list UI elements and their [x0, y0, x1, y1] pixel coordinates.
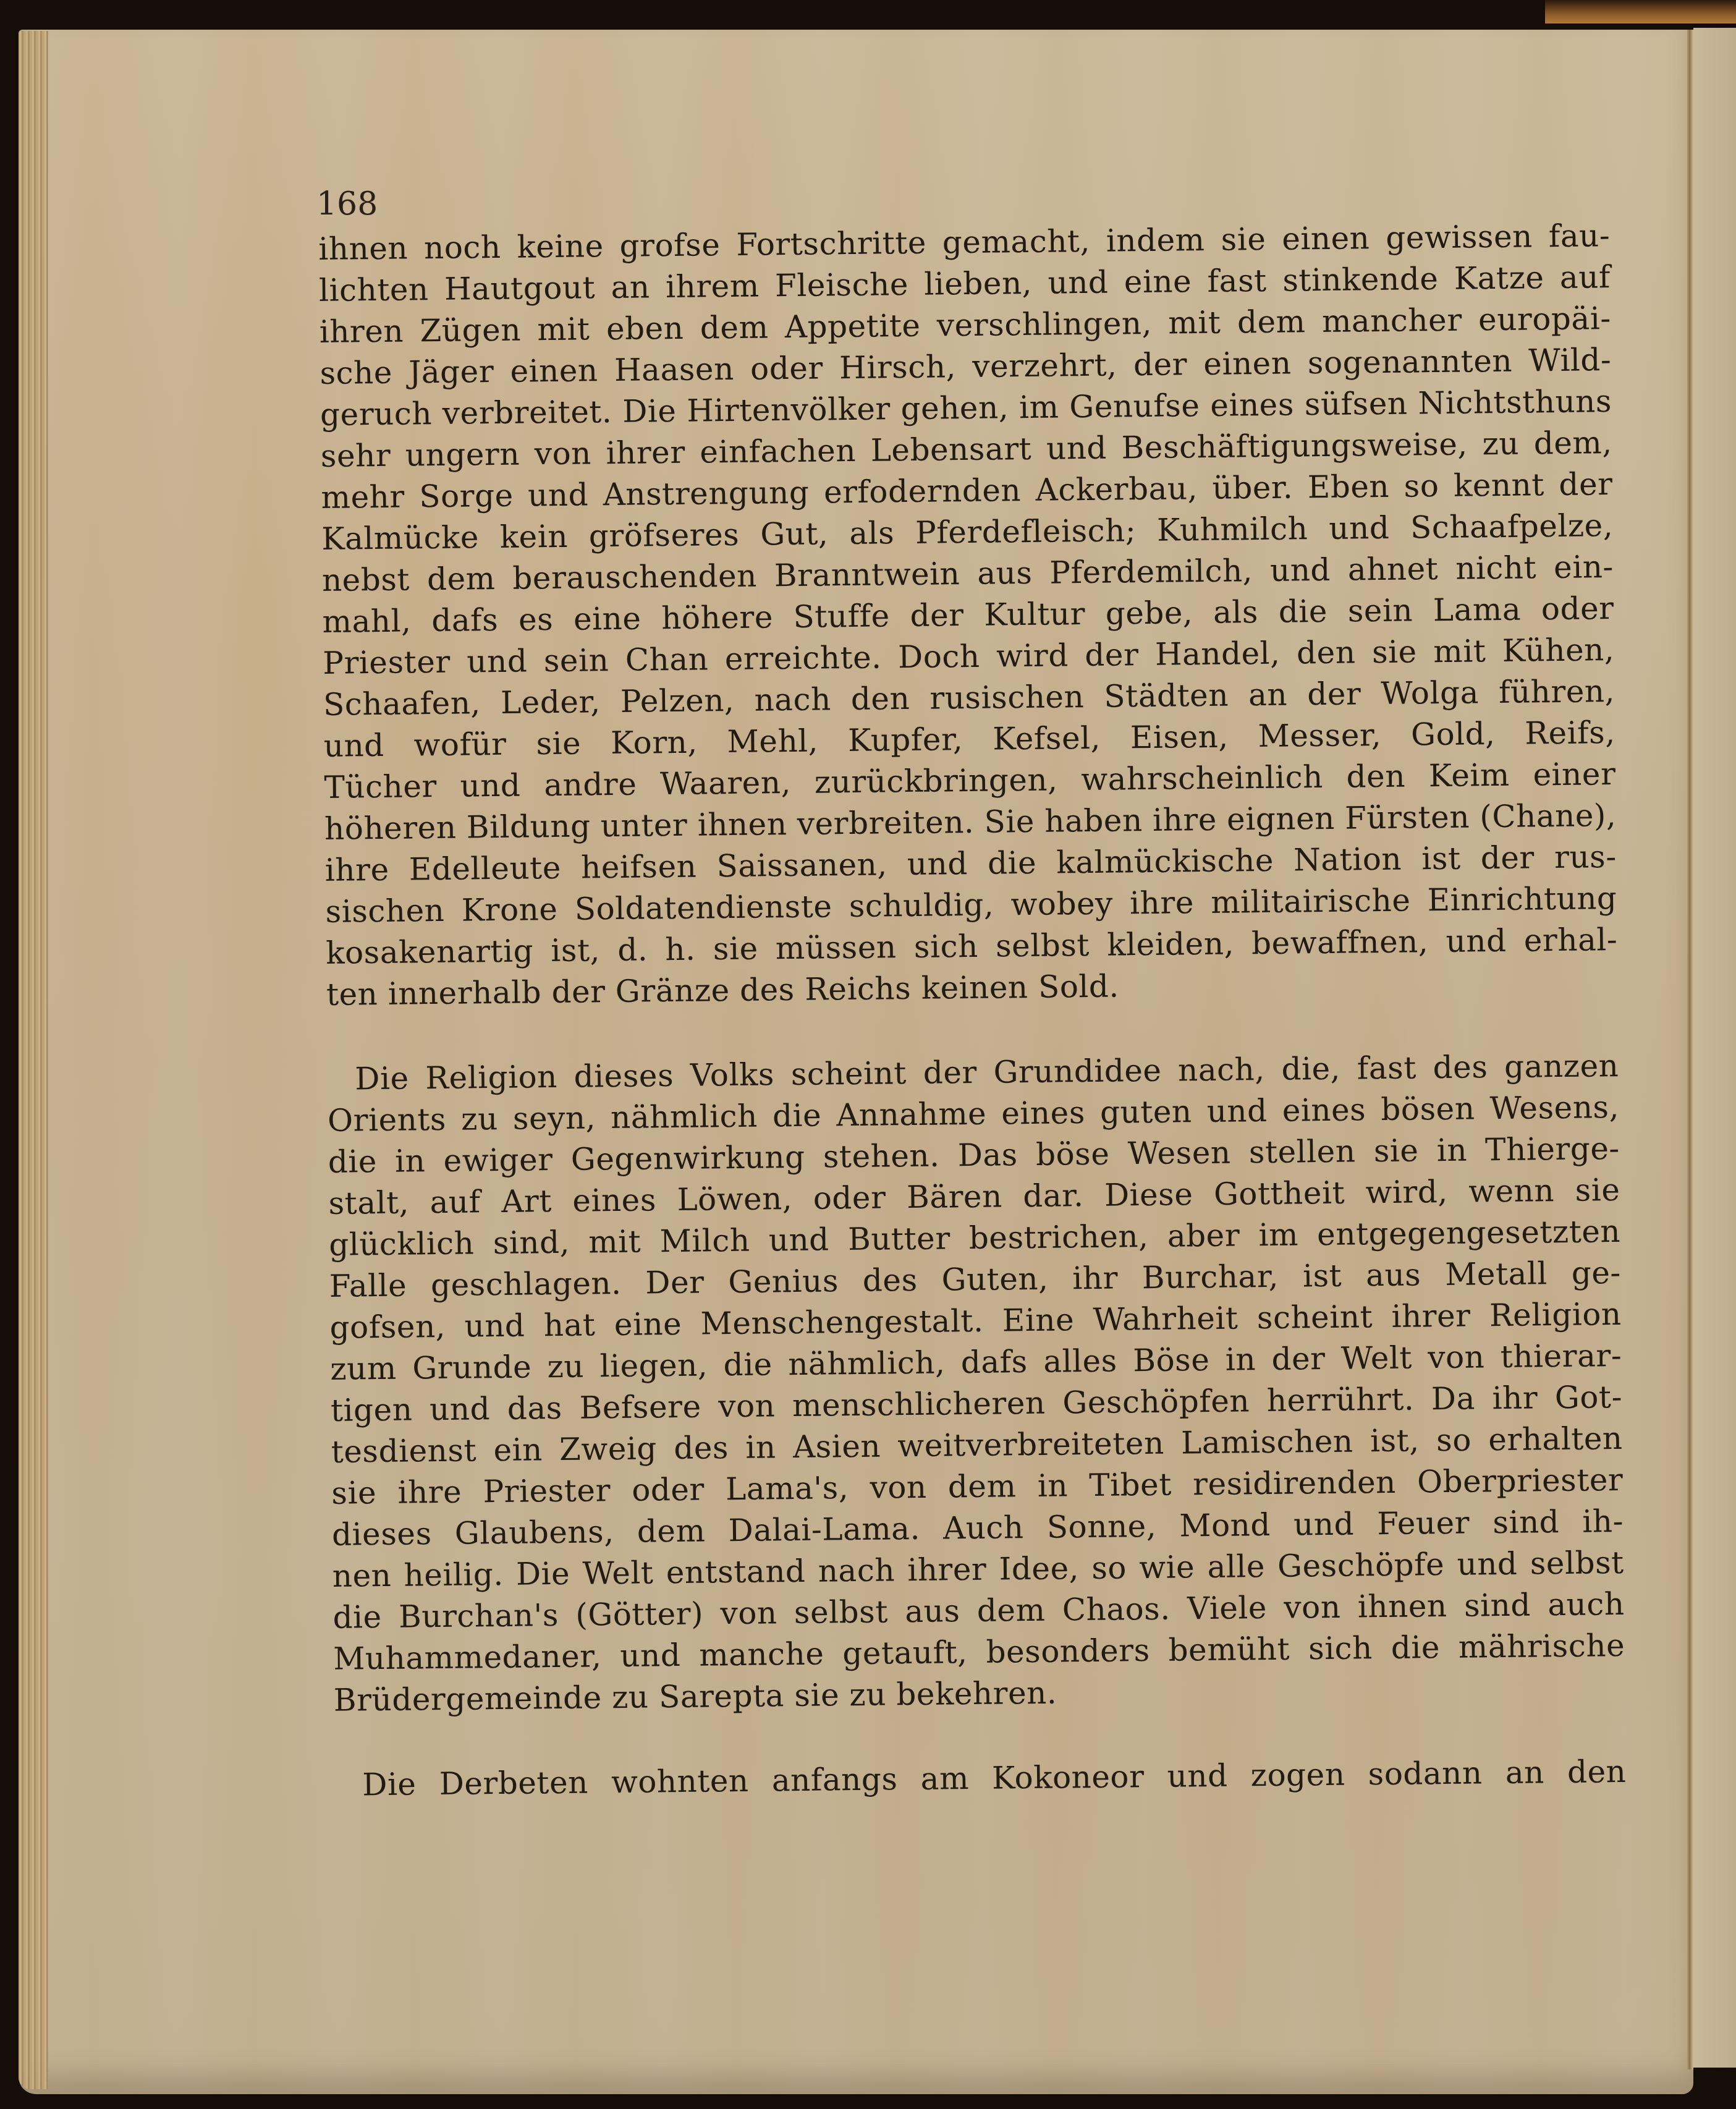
body-text: ihnen noch keine grofse Fortschritte gem…: [318, 215, 1627, 1806]
book-binding-edge: [1545, 0, 1736, 23]
paragraph-2: Die Religion dieses Volks scheint der Gr…: [327, 1045, 1625, 1721]
gutter-fold: [1687, 30, 1693, 2069]
page-stack-edges: [19, 31, 48, 2089]
facing-page-edge: [1693, 28, 1736, 2068]
page-number: 168: [316, 185, 378, 223]
paragraph-1: ihnen noch keine grofse Fortschritte gem…: [318, 215, 1618, 1016]
